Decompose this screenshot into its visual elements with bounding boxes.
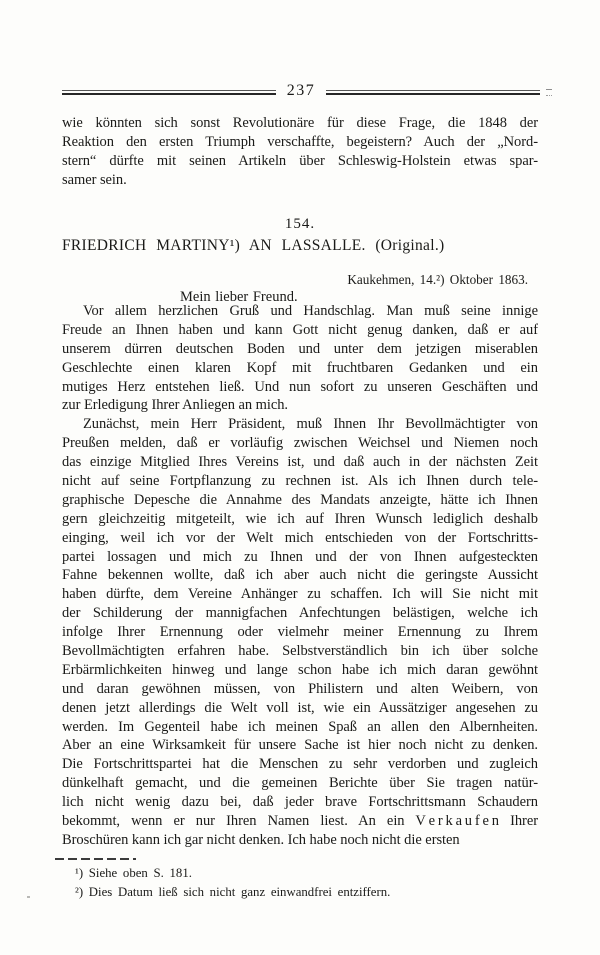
- text-line: einging, weil ich vor der Welt mich ents…: [62, 529, 538, 548]
- text-line: Die Fortschrittspartei hat die Menschen …: [62, 755, 538, 774]
- letter-dateline: Kaukehmen, 14.²) Oktober 1863.: [62, 272, 528, 288]
- footnote: ²) Dies Datum ließ sich nicht ganz einwa…: [62, 883, 538, 902]
- letter-paragraph: Vor allem herzlichen Gruß und Handschlag…: [62, 302, 538, 415]
- text-line: Broschüren kann ich gar nicht denken. Ic…: [62, 831, 538, 850]
- text-line: werden. Im Gegenteil habe ich meinen Spa…: [62, 718, 538, 737]
- letter-paragraph: Zunächst, mein Herr Präsident, muß Ihnen…: [62, 415, 538, 849]
- book-page-scan: { "page": { "number": "237" }, "intro_pa…: [0, 0, 600, 955]
- text-line: haben dürfte, dem Vereine Anhänger zu sc…: [62, 585, 538, 604]
- letter-section-number: 154.: [0, 216, 600, 233]
- text-line: unserem dürren deutschen Boden und unter…: [62, 340, 538, 359]
- text-line: Freude an Ihnen haben und kann Gott nich…: [62, 321, 538, 340]
- text-line: Bevollmächtigten erfahren habe. Selbstve…: [62, 642, 538, 661]
- footnote-separator: [55, 858, 136, 860]
- text-line: lich nicht wenig dazu bei, daß jeder bra…: [62, 793, 538, 812]
- text-line: Zunächst, mein Herr Präsident, muß Ihnen…: [62, 415, 538, 434]
- text-line: das einzige Mitglied Ihres Vereins ist, …: [62, 453, 538, 472]
- text-line: wie könnten sich sonst Revolutionäre für…: [62, 114, 538, 133]
- text-line: samer sein.: [62, 171, 538, 190]
- text-line: Erbärmlichkeiten hinweg und lange schon …: [62, 661, 538, 680]
- footnotes: ¹) Siehe oben S. 181. ²) Dies Datum ließ…: [62, 864, 538, 901]
- text-line: denen jetzt allerdings die Welt voll ist…: [62, 699, 538, 718]
- text-line: Aber an eine Wirksamkeit für unsere Sach…: [62, 736, 538, 755]
- text-line: stern“ dürfte mit seinen Artikeln über S…: [62, 152, 538, 171]
- text-line: partei lossagen und mich zu Ihnen und de…: [62, 548, 538, 567]
- header-rule-left: [62, 90, 276, 95]
- letter-body: Vor allem herzlichen Gruß und Handschlag…: [62, 302, 538, 850]
- text-line: mutiges Herz entstehen ließ. Und nun sof…: [62, 378, 538, 397]
- text-line: der Schilderung der mannigfachen Anfecht…: [62, 604, 538, 623]
- header-rule-right: [326, 90, 540, 95]
- text-line: Preußen melden, daß er vorläufig zwische…: [62, 434, 538, 453]
- text-line: gern gleichzeitig mitgeteilt, wie ich au…: [62, 510, 538, 529]
- footnote: ¹) Siehe oben S. 181.: [62, 864, 538, 883]
- text-line: bekommt, wenn er nur Ihren Namen liest. …: [62, 812, 538, 831]
- scan-artifact-mark: [546, 89, 552, 96]
- running-header: 237: [62, 85, 552, 99]
- text-line: nicht auf seine Fortpflanzung zu rechnen…: [62, 472, 538, 491]
- text-line: Vor allem herzlichen Gruß und Handschlag…: [62, 302, 538, 321]
- continued-paragraph: wie könnten sich sonst Revolutionäre für…: [62, 114, 538, 190]
- text-line: Geschlechte einen klaren Kopf mit frucht…: [62, 359, 538, 378]
- text-line: graphische Depesche die Annahme des Mand…: [62, 491, 538, 510]
- text-line: infolge Ihrer Ernennung oder vielmehr me…: [62, 623, 538, 642]
- text-line: dünkelhaft gemacht, und die gemeinen Ber…: [62, 774, 538, 793]
- text-line: Reaktion den ersten Triumph verschaffte,…: [62, 133, 538, 152]
- text-line: und daran gewöhnen müssen, von Philister…: [62, 680, 538, 699]
- letter-heading: FRIEDRICH MARTINY¹) AN LASSALLE. (Origin…: [62, 237, 444, 255]
- text-line: zur Erledigung Ihrer Anliegen an mich.: [62, 396, 538, 415]
- page-number: 237: [287, 82, 316, 100]
- scan-speck: [27, 896, 30, 898]
- text-line: Fahne bekennen wollte, daß ich aber auch…: [62, 566, 538, 585]
